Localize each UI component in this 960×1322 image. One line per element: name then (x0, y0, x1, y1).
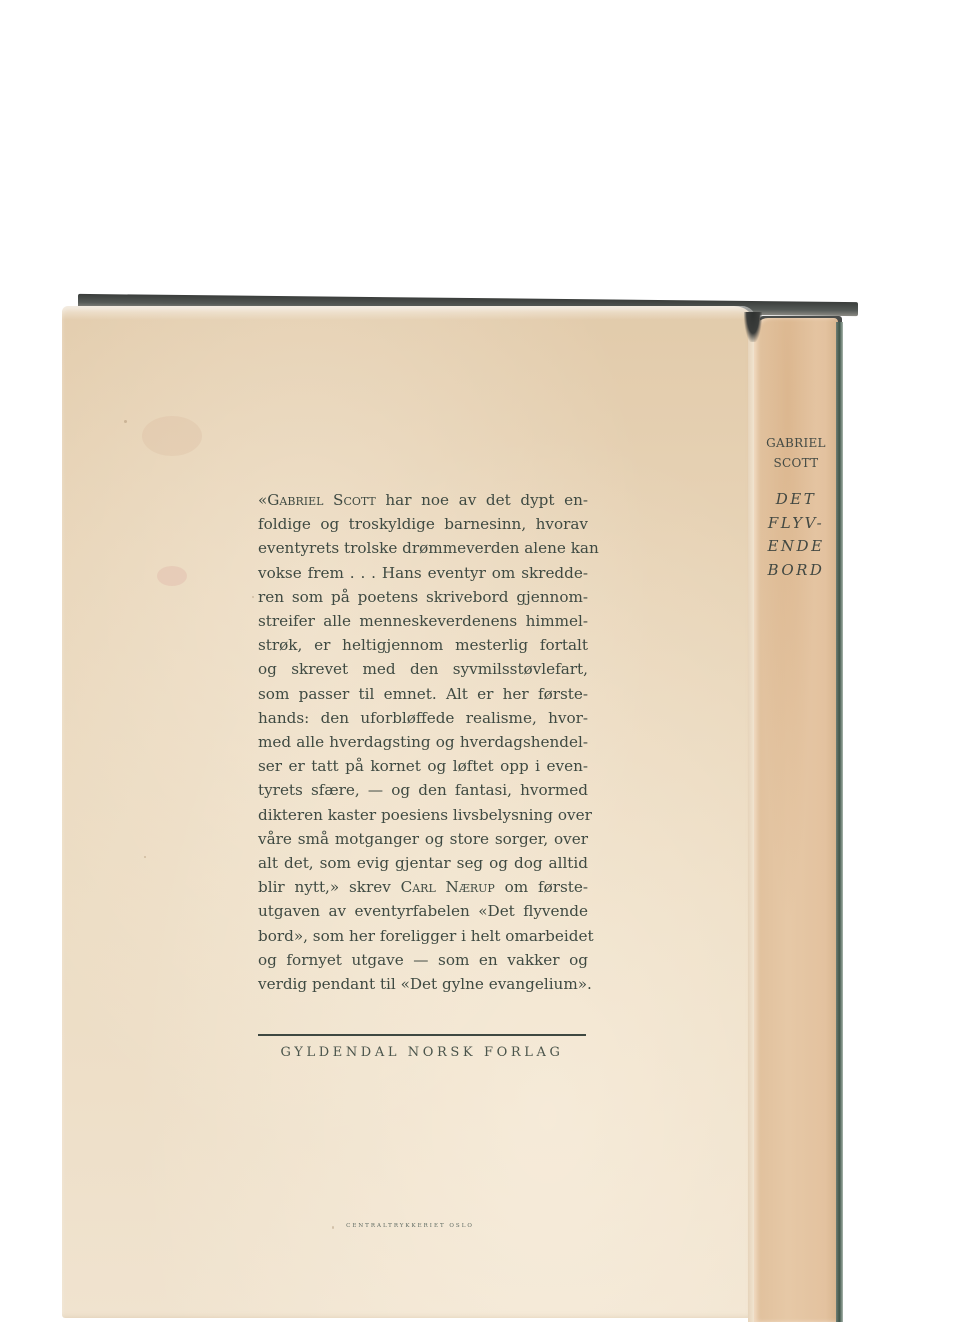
blurb-fragment: har noe av det dypt en- (376, 491, 588, 509)
blurb-fragment: « (258, 491, 267, 509)
spine-title-line: FLYV- (756, 512, 836, 536)
blurb-line: som passer til emnet. Alt er her første- (258, 682, 588, 706)
blurb-line: og skrevet med den syvmilsstøvlefart, (258, 657, 588, 681)
publisher-name: GYLDENDAL NORSK FORLAG (258, 1045, 586, 1060)
author-name-smallcaps: Gabriel Scott (267, 491, 375, 509)
spine-title: DET FLYV- ENDE BORD (756, 488, 836, 582)
blurb-line: med alle hverdagsting og hverdagshendel- (258, 730, 588, 754)
blurb-fragment: om første- (495, 878, 588, 896)
spine-author-first: GABRIEL (756, 433, 836, 453)
blurb-line: bord», som her foreligger i helt omarbei… (258, 924, 588, 948)
speck (124, 420, 127, 423)
spine-title-line: BORD (756, 559, 836, 583)
spine-board-edge (836, 322, 843, 1322)
blurb-line: våre små motganger og store sorger, over (258, 827, 588, 851)
speck (252, 596, 254, 598)
book-photo: «Gabriel Scott har noe av det dypt en- f… (0, 0, 960, 1322)
blurb-line: streifer alle menneskeverdenens himmel- (258, 609, 588, 633)
blurb-line: verdig pendant til «Det gylne evangelium… (258, 972, 588, 996)
spine-author-last: SCOTT (756, 453, 836, 473)
divider-rule (258, 1034, 586, 1036)
blurb-line: strøk, er heltigjennom mesterlig fortalt (258, 633, 588, 657)
blurb-line: tyrets sfære, — og den fantasi, hvormed (258, 778, 588, 802)
blurb-line: alt det, som evig gjentar seg og dog all… (258, 851, 588, 875)
blurb-line: «Gabriel Scott har noe av det dypt en- (258, 488, 588, 512)
blurb-line: hands: den uforbløffede realisme, hvor- (258, 706, 588, 730)
blurb-line: ser er tatt på kornet og løftet opp i ev… (258, 754, 588, 778)
blurb-line: eventyrets trolske drømmeverden alene ka… (258, 536, 588, 560)
blurb-text: «Gabriel Scott har noe av det dypt en- f… (258, 488, 588, 996)
blurb-line: utgaven av eventyrfabelen «Det flyvende (258, 899, 588, 923)
stain (157, 566, 187, 586)
blurb-line: ren som på poetens skrivebord gjennom- (258, 585, 588, 609)
blurb-line: foldige og troskyldige barnesinn, hvorav (258, 512, 588, 536)
blurb-line: blir nytt,» skrev Carl Nærup om første- (258, 875, 588, 899)
speck (144, 856, 146, 858)
critic-name-smallcaps: Carl Nærup (401, 878, 495, 896)
printer-imprint: CENTRALTRYKKERIET OSLO (300, 1223, 520, 1229)
spine-title-line: DET (756, 488, 836, 512)
blurb-fragment: blir nytt,» skrev (258, 878, 401, 896)
spine-notch (744, 312, 762, 342)
blurb-line: og fornyet utgave — som en vakker og (258, 948, 588, 972)
spine-author: GABRIEL SCOTT (756, 433, 836, 473)
blurb-line: vokse frem . . . Hans eventyr om skredde… (258, 561, 588, 585)
spine-title-line: ENDE (756, 535, 836, 559)
stain (142, 416, 202, 456)
blurb-line: dikteren kaster poesiens livsbelysning o… (258, 803, 588, 827)
